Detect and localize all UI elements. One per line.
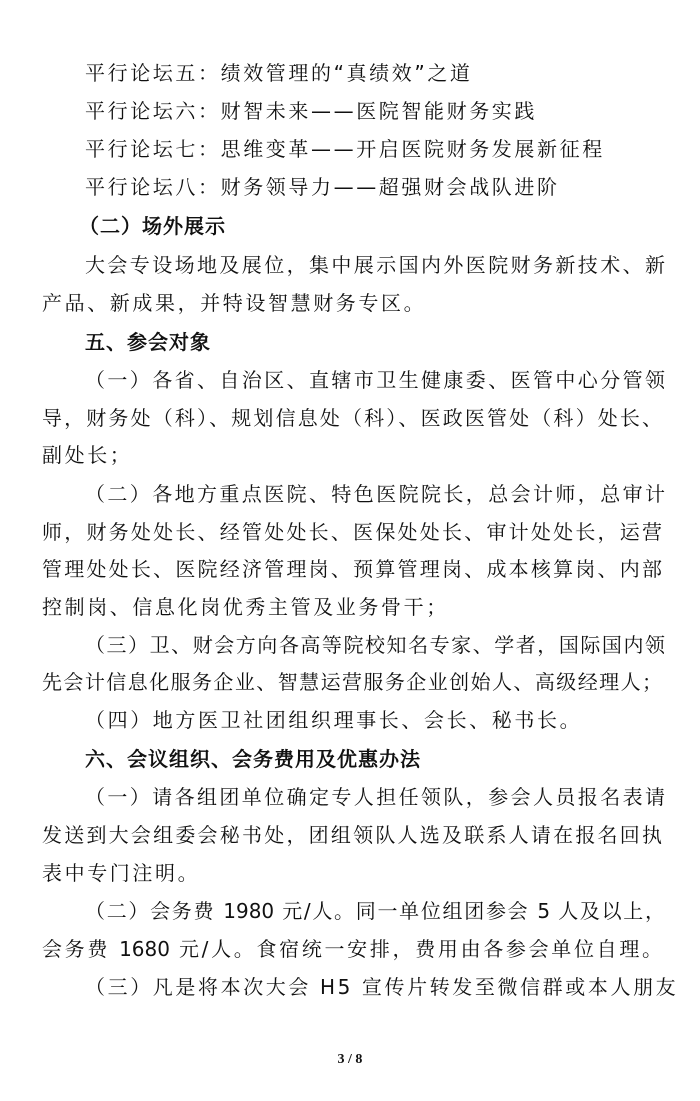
paragraph-line: 产品、新成果，并特设智慧财务专区。 xyxy=(42,290,662,316)
paragraph-line: 管理处处长、医院经济管理岗、预算管理岗、成本核算岗、内部 xyxy=(42,556,662,582)
paragraph-line: 平行论坛六：财智未来——医院智能财务实践 xyxy=(85,98,665,124)
paragraph-line: 先会计信息化服务企业、智慧运营服务企业创始人、高级经理人； xyxy=(42,669,662,695)
paragraph-line: 发送到大会组委会秘书处，团组领队人选及联系人请在报名回执 xyxy=(42,822,662,848)
paragraph-line: 控制岗、信息化岗优秀主管及业务骨干； xyxy=(42,594,662,620)
section-heading: 六、会议组织、会务费用及优惠办法 xyxy=(85,746,665,772)
page-number: 3 / 8 xyxy=(0,1052,700,1068)
section-heading: （二）场外展示 xyxy=(79,213,659,239)
paragraph-line: 师，财务处处长、经管处处长、医保处处长、审计处处长，运营 xyxy=(42,519,662,545)
paragraph-line: 大会专设场地及展位，集中展示国内外医院财务新技术、新 xyxy=(85,252,665,278)
paragraph-line: （三）凡是将本次大会 H5 宣传片转发至微信群或本人朋友 xyxy=(85,974,665,1000)
paragraph-line: 平行论坛七：思维变革——开启医院财务发展新征程 xyxy=(85,136,665,162)
paragraph-line: 表中专门注明。 xyxy=(42,860,662,886)
paragraph-line: （二）会务费 1980 元/人。同一单位组团参会 5 人及以上， xyxy=(85,898,665,924)
paragraph-line: （一）各省、自治区、直辖市卫生健康委、医管中心分管领 xyxy=(85,367,665,393)
document-page: 平行论坛五：绩效管理的“真绩效”之道平行论坛六：财智未来——医院智能财务实践平行… xyxy=(0,0,700,1101)
paragraph-line: （四）地方医卫社团组织理事长、会长、秘书长。 xyxy=(85,707,665,733)
paragraph-line: 副处长； xyxy=(42,442,662,468)
paragraph-line: （三）卫、财会方向各高等院校知名专家、学者，国际国内领 xyxy=(85,632,665,658)
paragraph-line: 会务费 1680 元/人。食宿统一安排，费用由各参会单位自理。 xyxy=(42,936,662,962)
paragraph-line: 平行论坛五：绩效管理的“真绩效”之道 xyxy=(85,60,665,86)
paragraph-line: （二）各地方重点医院、特色医院院长，总会计师，总审计 xyxy=(85,481,665,507)
section-heading: 五、参会对象 xyxy=(85,329,665,355)
paragraph-line: 平行论坛八：财务领导力——超强财会战队进阶 xyxy=(85,174,665,200)
paragraph-line: 导，财务处（科）、规划信息处（科）、医政医管处（科）处长、 xyxy=(42,405,662,431)
paragraph-line: （一）请各组团单位确定专人担任领队，参会人员报名表请 xyxy=(85,784,665,810)
